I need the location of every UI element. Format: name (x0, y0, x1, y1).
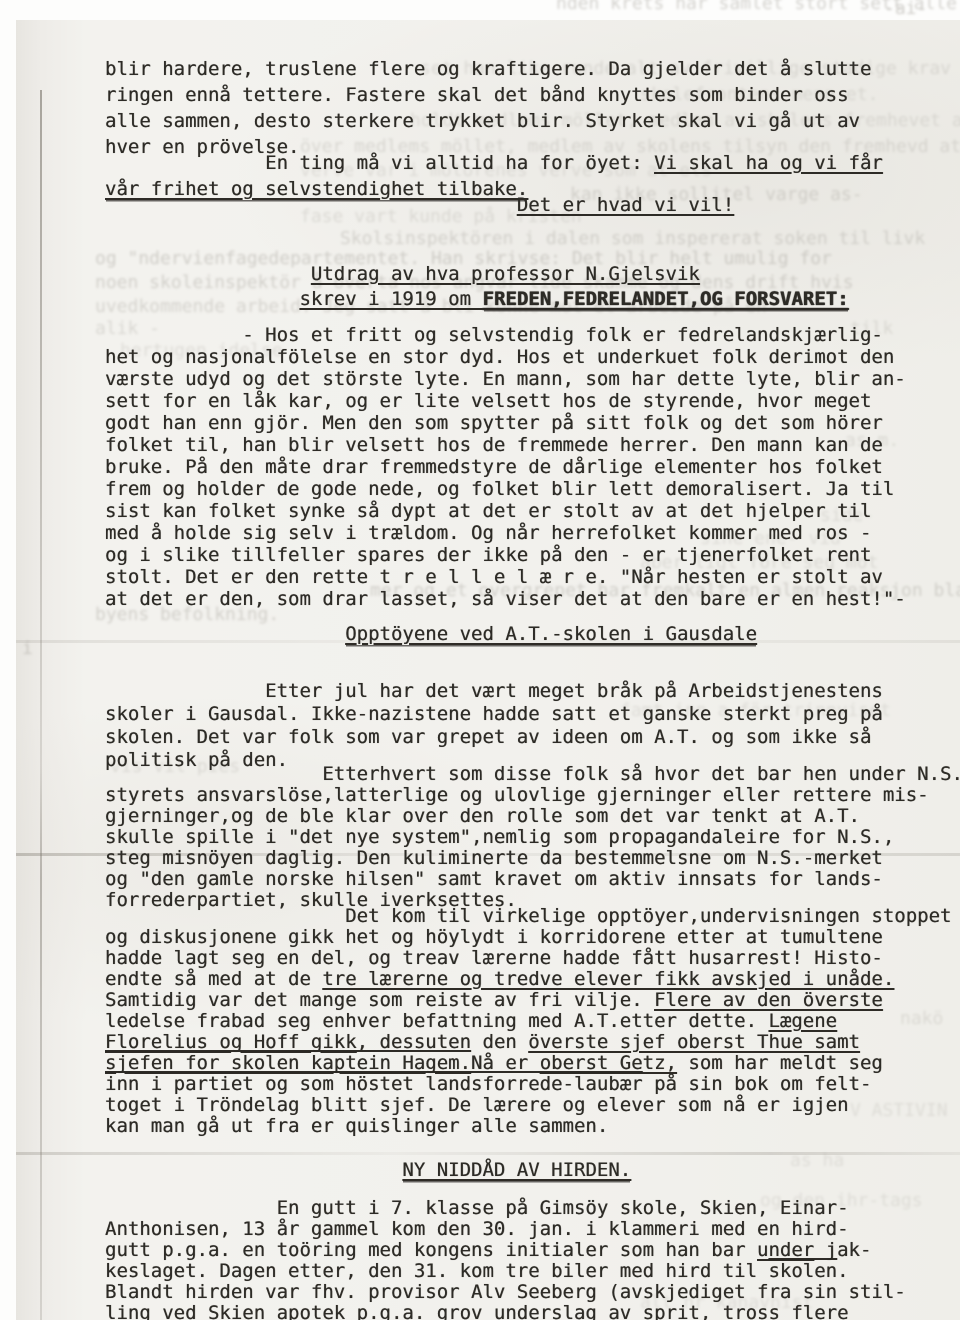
text-line: og i slike tillfeller spares der ikke på… (105, 544, 906, 566)
emphasized-text-segment: Flere av den överste (654, 989, 883, 1011)
text-segment: Samtidig var det mange som reiste av fri… (105, 989, 654, 1011)
paragraph-ns-discontent: Etterhvert som disse folk så hvor det ba… (105, 764, 960, 911)
text-line: Utdrag av hva professor N.Gjelsvik (105, 262, 849, 287)
emphasized-text-segment: Det er hvad vi vil! (517, 194, 734, 216)
gjelsvik-quote: - Hos et fritt og selvstendig folk er fe… (105, 324, 906, 610)
text-segment: blir hardere, truslene flere og kraftige… (105, 58, 871, 80)
bleedthrough-text: Skolsinspektören i dalen som inspererat … (340, 228, 925, 249)
text-segment: Nå er (471, 1052, 540, 1074)
text-line: og diskusjonene gikk het og höylydt i ko… (105, 927, 951, 948)
text-line: godt han enn gjör. Men den som spytter p… (105, 412, 906, 434)
bleedthrough-text: -ai- (884, 0, 927, 19)
text-line: stolt. Det er den rette t r e l l e l æ … (105, 566, 906, 588)
text-segment: endte så med at de (105, 968, 322, 990)
emphasized-text-segment: NY NIDDÅD AV HIRDEN. (402, 1159, 631, 1181)
text-segment: skolen. Det var folk som var grepet av i… (105, 726, 871, 748)
emphasized-text-segment: oberst Getz, (540, 1052, 677, 1074)
text-segment: sist kan folket synke så dypt at det er … (105, 500, 871, 522)
text-segment: stolt. Det er den rette t r e l l e l æ … (105, 566, 883, 588)
text-segment: på sin bok om felt- (643, 1073, 872, 1095)
text-segment: kan man gå ut fra er quislinger alle sam… (105, 1115, 608, 1137)
text-line: skolen. Det var folk som var grepet av i… (105, 726, 883, 749)
text-line: blir hardere, truslene flere og kraftige… (105, 56, 871, 82)
paragraph-at-school-intro: Etter jul har det vært meget bråk på Arb… (105, 680, 883, 772)
bleedthrough-text: i (22, 638, 33, 659)
text-segment: og diskusjonene gikk het og höylydt i ko… (105, 926, 883, 948)
emphasized-text-segment: Vi skal ha og vi får (654, 152, 883, 174)
text-segment: skoler i Gausdal. Ikke-nazistene hadde s… (105, 703, 883, 725)
text-segment (105, 263, 311, 285)
text-segment (105, 194, 517, 216)
text-line: Florelius og Hoff gikk, dessuten den öve… (105, 1032, 951, 1053)
heading-gausdal-riots: Opptöyene ved A.T.-skolen i Gausdale (105, 622, 757, 647)
text-line: NY NIDDÅD AV HIRDEN. (105, 1158, 631, 1183)
emphasized-text-segment: skolen (768, 1260, 837, 1282)
text-line: hadde lagt seg en del, og treav lærerne … (105, 948, 951, 969)
text-line: En gutt i 7. klasse på Gimsöy skole, Ski… (105, 1198, 906, 1219)
text-segment: keslaget. Dagen etter, den 31. kom tre b… (105, 1260, 768, 1282)
emphasized-text-segment: Florelius og Hoff gikk (105, 1031, 357, 1053)
text-line: ringen ennå tettere. Fastere skal det bå… (105, 82, 871, 108)
text-line: endte så med at de tre lærerne og tredve… (105, 969, 951, 990)
paragraph-riots-outcome: Det kom til virkelige opptöyer,undervisn… (105, 906, 951, 1137)
text-line: Etterhvert som disse folk så hvor det ba… (105, 764, 960, 785)
text-segment (105, 623, 345, 645)
text-line: kan man gå ut fra er quislinger alle sam… (105, 1116, 951, 1137)
emphasized-text-segment: Opptöyene ved A.T.-skolen i Gausdale (345, 623, 757, 645)
text-segment: Anthonisen, 13 år gammel kom den 30. jan… (105, 1218, 849, 1240)
text-segment: ringen ennå tettere. Fastere skal det bå… (105, 84, 849, 106)
text-segment: toget i Tröndelag blitt sjef. De lærere … (105, 1094, 849, 1116)
text-line: Samtidig var det mange som reiste av fri… (105, 990, 951, 1011)
text-segment (105, 288, 299, 310)
text-line: bruke. På den måte drar fremmedstyre de … (105, 456, 906, 478)
text-segment: Etter jul har det vært meget bråk på Arb… (105, 680, 883, 702)
text-line: En ting må vi alltid ha for öyet: Vi ska… (105, 150, 883, 176)
text-segment: og "den gamle norske hilsen" samt kravet… (105, 868, 883, 890)
text-segment: frem og holder de gode nede, og folket b… (105, 478, 894, 500)
text-line: gutt p.g.a. en toöring med kongens initi… (105, 1240, 906, 1261)
text-line: toget i Tröndelag blitt sjef. De lærere … (105, 1095, 951, 1116)
text-segment: ledelse frabad seg enhver befattning med… (105, 1010, 768, 1032)
text-line: Etter jul har det vært meget bråk på Arb… (105, 680, 883, 703)
text-line: - Hos et fritt og selvstendig folk er fe… (105, 324, 906, 346)
text-segment: Blandt hirden var fhv. provisor Alv Seeb… (105, 1281, 906, 1303)
text-segment: jak- (814, 1239, 871, 1261)
text-line: skoler i Gausdal. Ikke-nazistene hadde s… (105, 703, 883, 726)
text-line: at det er den, som drar lasset, så viser… (105, 588, 906, 610)
text-line: inn i partiet og som höstet landsforrede… (105, 1074, 951, 1095)
text-segment: - Hos et fritt og selvstendig folk er fe… (105, 324, 883, 346)
text-segment (105, 1159, 402, 1181)
text-line: skulle spille i "det nye system",nemlig … (105, 827, 960, 848)
text-segment: . (837, 1260, 848, 1282)
text-line: frem og holder de gode nede, og folket b… (105, 478, 906, 500)
paragraph-hird-incident: En gutt i 7. klasse på Gimsöy skole, Ski… (105, 1198, 906, 1320)
text-segment: En ting må vi alltid ha for öyet: (105, 152, 654, 174)
text-segment: som har meldt seg (677, 1052, 883, 1074)
text-line: ledelse frabad seg enhver befattning med… (105, 1011, 951, 1032)
text-line: sjefen for skolen kaptein Hagem.Nå er ob… (105, 1053, 951, 1074)
text-line: sist kan folket synke så dypt at det er … (105, 500, 906, 522)
text-segment: Det kom til virkelige opptöyer,undervisn… (105, 905, 951, 927)
text-segment: En gutt i 7. klasse på Gimsöy skole, Ski… (105, 1197, 849, 1219)
text-line: steg misnöyen daglig. Den kuliminerte da… (105, 848, 960, 869)
bleedthrough-text: as ha (790, 1150, 844, 1171)
text-segment: at det er den, som drar lasset, så viser… (105, 588, 906, 610)
text-line: folket til, han blir velsett hos de frem… (105, 434, 906, 456)
text-segment: værste udyd og det störste lyte. En mann… (105, 368, 906, 390)
text-line: sett for en låk kar, og er lite velsett … (105, 390, 906, 412)
text-segment: hadde lagt seg en del, og treav lærerne … (105, 947, 883, 969)
text-segment: , dessuten den (357, 1031, 529, 1053)
text-segment: folket til, han blir velsett hos de frem… (105, 434, 883, 456)
text-line: Opptöyene ved A.T.-skolen i Gausdale (105, 622, 757, 647)
text-segment: steg misnöyen daglig. Den kuliminerte da… (105, 847, 883, 869)
text-segment: godt han enn gjör. Men den som spytter p… (105, 412, 883, 434)
emphasized-text-segment: FREDEN,FEDRELANDET,OG FORSVARET: (483, 288, 849, 310)
emphasized-text-segment: Utdrag av hva professor N.Gjelsvik (311, 263, 700, 285)
slogan-line: Det er hvad vi vil! (105, 192, 734, 218)
text-line: ling ved Skien apotek p.g.a. grov unders… (105, 1303, 906, 1320)
text-segment: ling ved Skien apotek p.g.a. grov unders… (105, 1302, 849, 1320)
quote-attribution-header: Utdrag av hva professor N.Gjelsvik skrev… (105, 262, 849, 312)
text-line: gjerninger,og de ble klar over den rolle… (105, 806, 960, 827)
text-segment: bruke. På den måte drar fremmedstyre de … (105, 456, 883, 478)
text-segment: skulle spille i "det nye system",nemlig … (105, 826, 894, 848)
text-segment: sett for en låk kar, og er lite velsett … (105, 390, 871, 412)
text-line: skrev i 1919 om FREDEN,FEDRELANDET,OG FO… (105, 287, 849, 312)
text-segment: Etterhvert som disse folk så hvor det ba… (105, 763, 960, 785)
text-segment: og i slike tillfeller spares der ikke på… (105, 544, 871, 566)
text-segment: gjerninger,og de ble klar over den rolle… (105, 805, 860, 827)
text-line: Blandt hirden var fhv. provisor Alv Seeb… (105, 1282, 906, 1303)
text-segment: styrets ansvarslöse,latterlige og ulovli… (105, 784, 929, 806)
text-line: og "den gamle norske hilsen" samt kravet… (105, 869, 960, 890)
text-line: med å holde sig selv i trældom. Og når h… (105, 522, 906, 544)
text-segment: alle sammen, desto sterkere trykket blir… (105, 110, 860, 132)
text-line: styrets ansvarslöse,latterlige og ulovli… (105, 785, 960, 806)
continuation-paragraph: blir hardere, truslene flere og kraftige… (105, 56, 871, 160)
text-line: Det kom til virkelige opptöyer,undervisn… (105, 906, 951, 927)
text-line: keslaget. Dagen etter, den 31. kom tre b… (105, 1261, 906, 1282)
text-line: Anthonisen, 13 år gammel kom den 30. jan… (105, 1219, 906, 1240)
emphasized-text-segment: inn i partiet og som höstet landsforrede… (105, 1073, 643, 1095)
text-segment: med å holde sig selv i trældom. Og når h… (105, 522, 871, 544)
emphasized-text-segment: skrev i 1919 om (299, 288, 482, 310)
text-segment: gutt p.g.a. en toöring med kongens initi… (105, 1239, 757, 1261)
text-line: alle sammen, desto sterkere trykket blir… (105, 108, 871, 134)
emphasized-text-segment: Lægene (768, 1010, 837, 1032)
text-line: værste udyd og det störste lyte. En mann… (105, 368, 906, 390)
text-line: het og nasjonalfölelse en stor dyd. Hos … (105, 346, 906, 368)
emphasized-text-segment: överste sjef oberst Thue samt (528, 1031, 860, 1053)
document-page: blir hardere, truslene flere og kraftige… (0, 0, 960, 1320)
text-segment: het og nasjonalfölelse en stor dyd. Hos … (105, 346, 894, 368)
emphasized-text-segment: sjefen for skolen kaptein Hagem. (105, 1052, 471, 1074)
text-line: Det er hvad vi vil! (105, 192, 734, 218)
heading-hird-misdeed: NY NIDDÅD AV HIRDEN. (105, 1158, 631, 1183)
emphasized-text-segment: under (757, 1239, 814, 1261)
emphasized-text-segment: tre lærerne og tredve elever fikk avskje… (322, 968, 894, 990)
